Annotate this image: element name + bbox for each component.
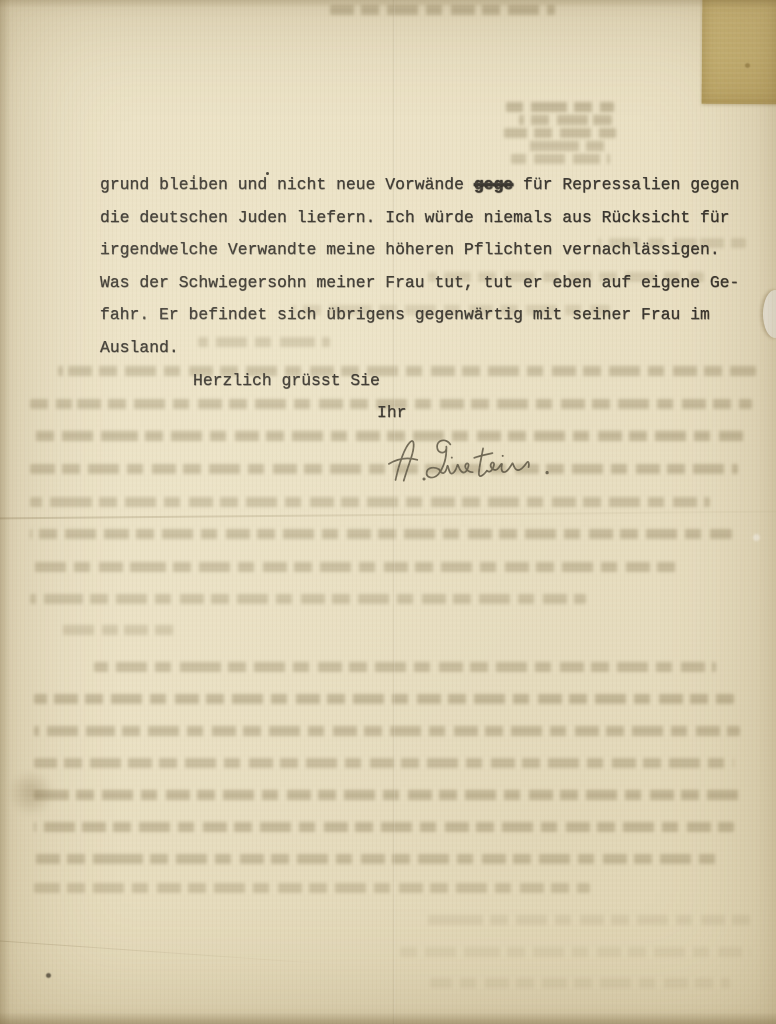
ghost-line [34,758,734,768]
ghost-line [34,726,740,736]
ghost-line [420,915,750,925]
top-edge-shadow [0,0,776,8]
left-edge-shadow [0,0,10,1024]
ghost-line [34,822,734,832]
ghost-line [400,947,750,957]
tape-residue-square [702,0,776,104]
tape-speck [745,63,750,68]
ghost-line [30,497,710,507]
horizontal-fold-crease [0,511,776,520]
letter-line-5: fahr. Er befindet sich übrigens gegenwär… [100,299,760,332]
letter-line-1-post: für Repressalien gegen [513,175,739,194]
strikethrough-word: gege [474,175,513,194]
letter-line-4: Was der Schwiegersohn meiner Frau tut, t… [100,267,760,300]
ghost-line [504,128,616,138]
ghost-line [34,694,734,704]
ghost-line [34,883,590,893]
ghost-line [519,115,612,125]
ghost-line [506,102,614,112]
letter-line-6: Ausland. [100,332,760,365]
pinhole-mark [753,534,760,541]
torn-edge-notch [763,290,776,338]
ghost-line [34,790,746,800]
diagonal-crease [0,940,340,965]
letter-line-1-pre: grund bleiben und nicht neue Vorwände [100,175,474,194]
ghost-line [30,529,732,539]
ink-speck [46,973,51,978]
ghost-line [30,562,678,572]
ghost-line [34,854,722,864]
bottom-edge-shadow [0,1012,776,1024]
ghost-line [58,625,176,635]
smudge-mark [8,770,54,816]
signature-autograph [382,427,589,490]
signoff-line: Ihr [100,397,760,430]
ghost-line [511,154,610,164]
letter-line-2: die deutschen Juden liefern. Ich würde n… [100,202,760,235]
letter-line-3: irgendwelche Verwandte meine höheren Pfl… [100,234,760,267]
letter-scan-page: grund bleiben und nicht neue Vorwände ge… [0,0,776,1024]
signature-block: A. Einstein. [382,427,589,490]
vertical-fold-crease [393,0,395,1024]
valediction-line: Herzlich grüsst Sie [100,365,760,398]
letter-line-1: grund bleiben und nicht neue Vorwände ge… [100,169,760,202]
ghost-line [94,662,716,672]
ghost-line [330,5,555,15]
typed-letter-body: grund bleiben und nicht neue Vorwände ge… [100,169,760,430]
ghost-line [30,594,586,604]
ghost-line [430,978,730,988]
ghost-line [527,141,609,151]
